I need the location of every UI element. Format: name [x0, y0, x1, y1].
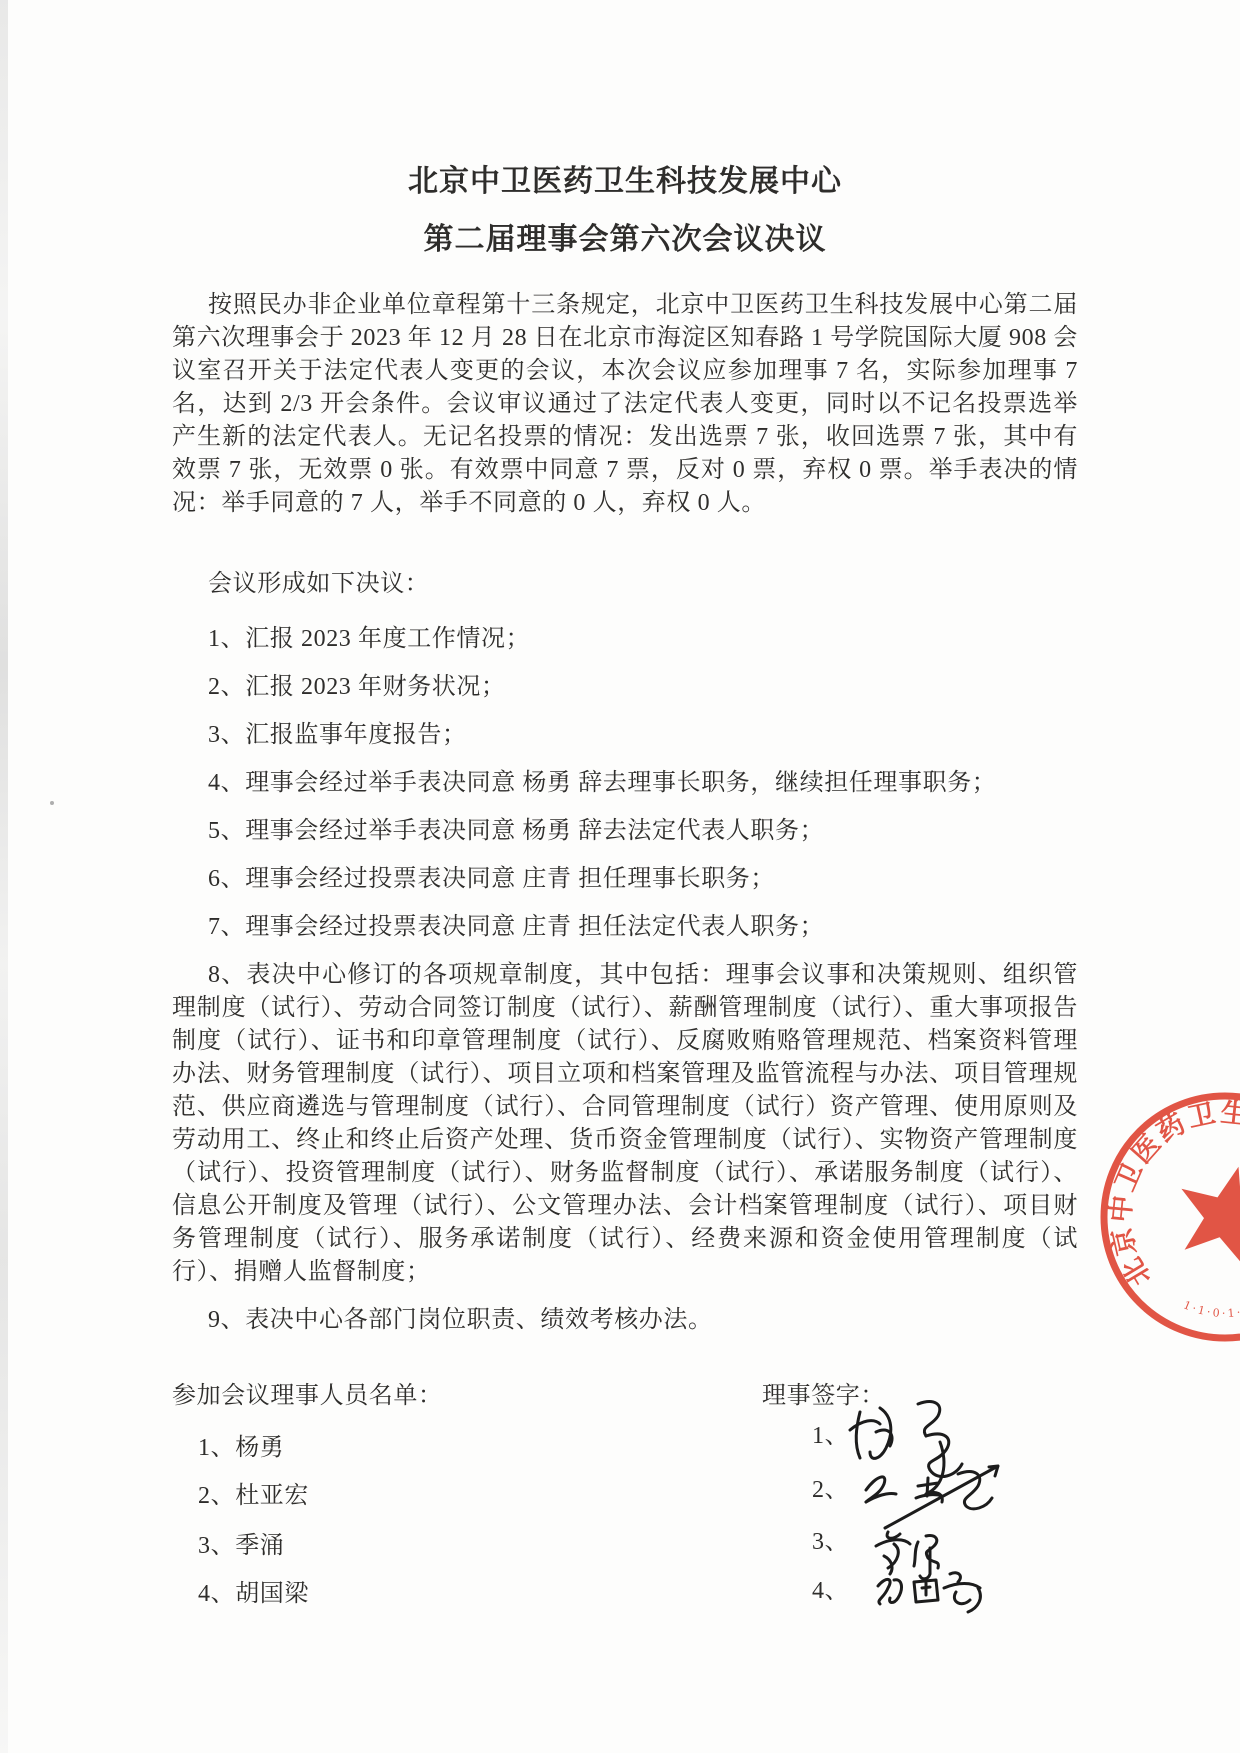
resolution-item-7: 7、理事会经过投票表决同意 庄青 担任法定代表人职务；: [172, 911, 1078, 944]
signature-2-handwriting: [866, 1466, 998, 1528]
resolution-item-4: 4、理事会经过举手表决同意 杨勇 辞去理事长职务，继续担任理事职务；: [172, 767, 1078, 800]
resolution-item-2: 2、汇报 2023 年财务状况；: [172, 671, 1078, 704]
attendee-item-2: 2、杜亚宏: [198, 1480, 309, 1513]
resolution-item-1: 1、汇报 2023 年度工作情况；: [172, 623, 1078, 656]
attendee-item-4: 4、胡国梁: [198, 1578, 309, 1611]
resolution-item-9: 9、表决中心各部门岗位职责、绩效考核办法。: [172, 1304, 1078, 1337]
attendee-item-1: 1、杨勇: [198, 1432, 284, 1465]
official-seal: 北京中卫医药卫生科技发展中心 1·1·0·1·0·2·1: [1093, 1083, 1240, 1349]
signature-4-handwriting: [878, 1573, 980, 1612]
signature-3-handwriting: [876, 1532, 938, 1579]
attendees-list-label: 参加会议理事人员名单：: [172, 1380, 443, 1413]
resolutions-intro: 会议形成如下决议：: [172, 568, 1078, 601]
resolution-item-5: 5、理事会经过举手表决同意 杨勇 辞去法定代表人职务；: [172, 815, 1078, 848]
scan-speck: [50, 801, 54, 805]
resolution-item-3: 3、汇报监事年度报告；: [172, 719, 1078, 752]
opening-paragraph: 按照民办非企业单位章程第十三条规定，北京中卫医药卫生科技发展中心第二届第六次理事…: [172, 289, 1078, 520]
resolution-item-8: 8、表决中心修订的各项规章制度，其中包括：理事会议事和决策规则、组织管理制度（试…: [172, 959, 1078, 1289]
attendance-signature-section: 参加会议理事人员名单： 1、杨勇 2、杜亚宏 3、季涌 4、胡国梁 理事签字： …: [172, 1370, 1152, 1730]
scan-edge-artifact: [0, 0, 8, 1753]
seal-star-icon: [1181, 1167, 1240, 1266]
signatures-handwriting: [832, 1390, 1082, 1640]
document-page: 北京中卫医药卫生科技发展中心 第二届理事会第六次会议决议 按照民办非企业单位章程…: [0, 0, 1240, 1753]
document-title-line1: 北京中卫医药卫生科技发展中心: [172, 163, 1078, 201]
seal-arc-text: 北京中卫医药卫生科技发展中心: [1105, 1097, 1240, 1291]
document-content: 北京中卫医药卫生科技发展中心 第二届理事会第六次会议决议 按照民办非企业单位章程…: [172, 163, 1078, 1352]
attendee-item-3: 3、季涌: [198, 1530, 284, 1563]
document-title-line2: 第二届理事会第六次会议决议: [172, 221, 1078, 259]
resolution-item-6: 6、理事会经过投票表决同意 庄青 担任理事长职务；: [172, 863, 1078, 896]
